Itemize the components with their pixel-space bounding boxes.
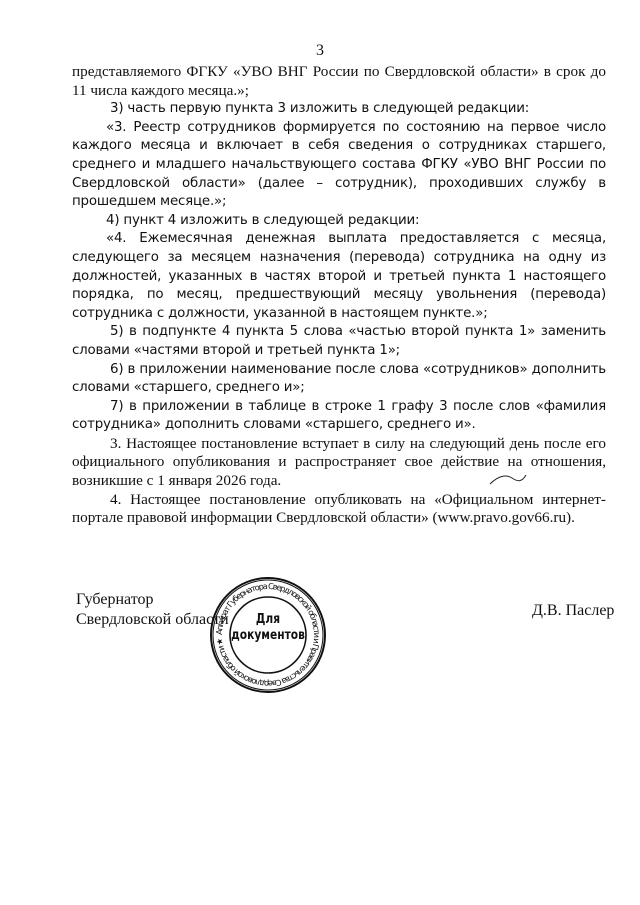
paragraph: «3. Реестр сотрудников формируется по со… [72, 119, 606, 212]
paragraph: 5) в подпункте 4 пункта 5 слова «частью … [72, 323, 606, 360]
stamp-center-line1: Для [220, 612, 317, 628]
signature-title-line1: Губернатор [76, 590, 229, 610]
document-body: представляемого ФГКУ «УВО ВНГ России по … [72, 63, 606, 528]
stamp-center-line2: документов [220, 628, 317, 644]
paragraph: 3) часть первую пункта 3 изложить в след… [72, 100, 606, 119]
page-number: 3 [0, 42, 640, 60]
paragraph: 4. Настоящее постановление опубликовать … [72, 491, 606, 528]
paragraph: «4. Ежемесячная денежная выплата предост… [72, 230, 606, 323]
signature-title: Губернатор Свердловской области [76, 590, 229, 630]
paragraph: 7) в приложении в таблице в строке 1 гра… [72, 398, 606, 435]
paragraph: 4) пункт 4 изложить в следующей редакции… [72, 212, 606, 231]
signatory-name: Д.В. Паслер [532, 601, 614, 621]
official-stamp: Аппарат Губернатора Свердловской области… [209, 576, 327, 694]
pen-mark-icon [488, 472, 528, 486]
document-page: 3 представляемого ФГКУ «УВО ВНГ России п… [0, 0, 640, 905]
signature-title-line2: Свердловской области [76, 610, 229, 630]
paragraph: представляемого ФГКУ «УВО ВНГ России по … [72, 63, 606, 100]
paragraph: 6) в приложении наименование после слова… [72, 361, 606, 398]
stamp-center-text: Для документов [220, 612, 317, 644]
